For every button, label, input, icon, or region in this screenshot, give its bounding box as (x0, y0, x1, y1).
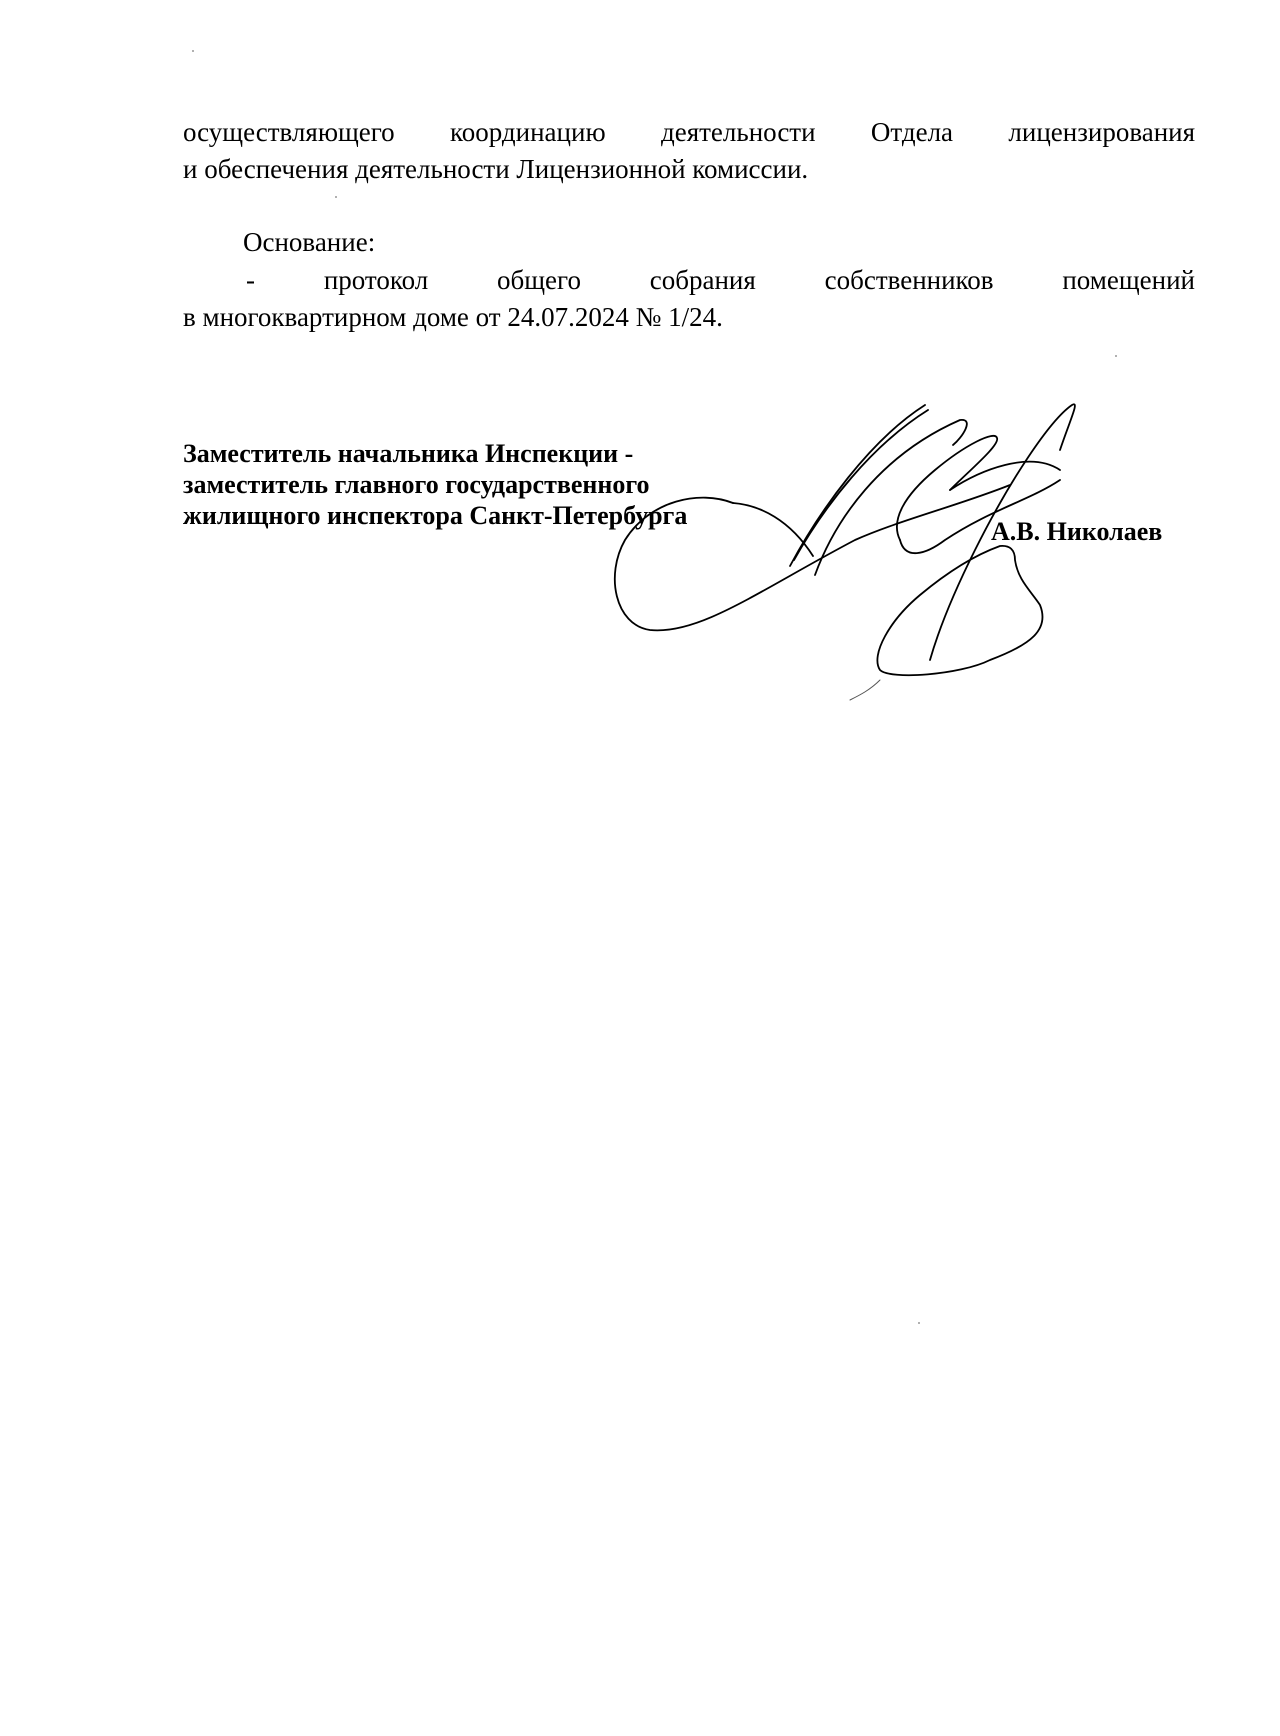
basis-heading: Основание: (243, 224, 375, 261)
scan-speck (1115, 355, 1117, 357)
word: координацию (450, 117, 606, 147)
scan-speck (192, 50, 194, 52)
word: собственников (825, 262, 994, 299)
word: протокол (324, 262, 428, 299)
word: общего (497, 262, 581, 299)
document-page: осуществляющего координацию деятельности… (0, 0, 1280, 1736)
scan-speck (918, 1322, 920, 1324)
word: помещений (1062, 262, 1195, 299)
paragraph-line: и обеспечения деятельности Лицензионной … (183, 151, 1195, 188)
word: собрания (650, 262, 756, 299)
basis-item: - протокол общего собрания собственников… (183, 262, 1195, 336)
justified-line: - протокол общего собрания собственников… (183, 262, 1195, 299)
word: осуществляющего (183, 117, 395, 147)
paragraph-continuation: осуществляющего координацию деятельности… (183, 114, 1195, 188)
word: деятельности (661, 117, 816, 147)
justified-line: осуществляющего координацию деятельности… (183, 114, 1195, 151)
basis-line: в многоквартирном доме от 24.07.2024 № 1… (183, 299, 1195, 336)
handwritten-signature-icon (600, 390, 1100, 710)
list-dash: - (246, 262, 255, 299)
scan-speck (335, 196, 337, 198)
word: Отдела (871, 117, 953, 147)
word: лицензирования (1008, 117, 1195, 147)
